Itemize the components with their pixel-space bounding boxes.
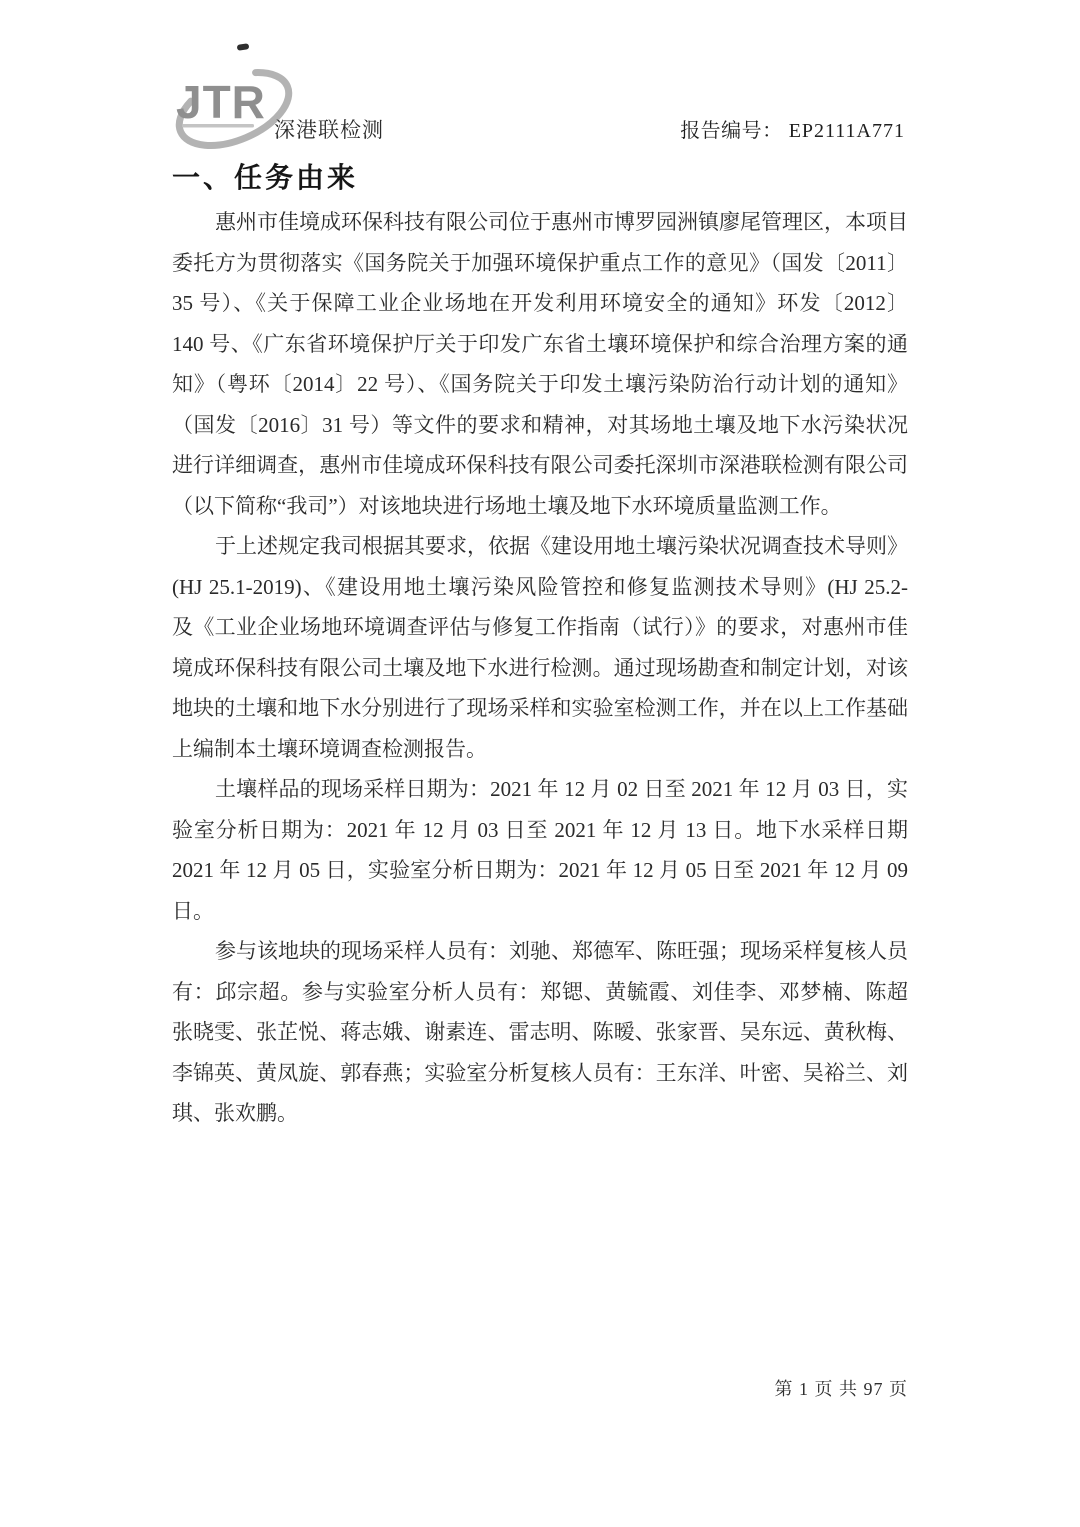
report-page: JTR 深港联检测 报告编号：EP2111A771 一、任务由来 惠州市佳境成环…: [0, 0, 1080, 1527]
text-line: （以下简称“我司”）对该地块进行场地土壤及地下水环境质量监测工作。: [172, 486, 908, 527]
logo-tagline-line: [182, 124, 254, 128]
text-line: 参与该地块的现场采样人员有：刘驰、郑德军、陈旺强；现场采样复核人员: [172, 931, 908, 972]
report-number: 报告编号：EP2111A771: [680, 114, 905, 143]
text-line: 140 号、《广东省环境保护厅关于印发广东省土壤环境保护和综合治理方案的通: [172, 324, 908, 365]
body-text: 惠州市佳境成环保科技有限公司位于惠州市博罗园洲镇廖尾管理区，本项目 委托方为贯彻…: [172, 202, 908, 1134]
text-line: 琪、张欢鹏。: [172, 1093, 908, 1134]
scan-artifact-dot: [237, 43, 250, 51]
text-line: 有：邱宗超。参与实验室分析人员有：郑锶、黄毓霞、刘佳李、邓梦楠、陈超芳、: [172, 972, 908, 1013]
text-line: 日。: [172, 891, 908, 932]
logo-text: JTR: [176, 76, 266, 128]
text-line: （国发〔2016〕31 号）等文件的要求和精神，对其场地土壤及地下水污染状况: [172, 405, 908, 446]
section-heading: 一、任务由来: [172, 156, 358, 196]
text-line: 2021 年 12 月 05 日，实验室分析日期为：2021 年 12 月 05…: [172, 850, 908, 891]
company-name-label: 深港联检测: [274, 114, 384, 144]
text-line: 委托方为贯彻落实《国务院关于加强环境保护重点工作的意见》（国发〔2011〕: [172, 243, 908, 284]
page-number: 第 1 页 共 97 页: [775, 1379, 909, 1399]
report-number-label: 报告编号：: [680, 120, 783, 142]
text-line: 进行详细调查，惠州市佳境成环保科技有限公司委托深圳市深港联检测有限公司: [172, 445, 908, 486]
text-line: (HJ 25.1-2019)、《建设用地土壤污染风险管控和修复监测技术导则》(H…: [172, 567, 908, 608]
text-line: 李锦英、黄凤旋、郭春燕；实验室分析复核人员有：王东洋、叶密、吴裕兰、刘: [172, 1053, 908, 1094]
text-line: 土壤样品的现场采样日期为：2021 年 12 月 02 日至 2021 年 12…: [172, 769, 908, 810]
text-line: 上编制本土壤环境调查检测报告。: [172, 729, 908, 770]
text-line: 惠州市佳境成环保科技有限公司位于惠州市博罗园洲镇廖尾管理区，本项目: [172, 202, 908, 243]
text-line: 35 号）、《关于保障工业企业场地在开发利用环境安全的通知》环发〔2012〕: [172, 283, 908, 324]
text-line: 验室分析日期为：2021 年 12 月 03 日至 2021 年 12 月 13…: [172, 810, 908, 851]
text-line: 张晓雯、张芷悦、蒋志娥、谢素连、雷志明、陈暧、张家晋、吴东远、黄秋梅、: [172, 1012, 908, 1053]
text-line: 及《工业企业场地环境调查评估与修复工作指南（试行）》的要求，对惠州市佳: [172, 607, 908, 648]
text-line: 地块的土壤和地下水分别进行了现场采样和实验室检测工作，并在以上工作基础: [172, 688, 908, 729]
report-number-value: EP2111A771: [789, 120, 905, 142]
text-line: 于上述规定我司根据其要求，依据《建设用地土壤污染状况调查技术导则》: [172, 526, 908, 567]
text-line: 知》（粤环〔2014〕22 号）、《国务院关于印发土壤污染防治行动计划的通知》: [172, 364, 908, 405]
text-line: 境成环保科技有限公司土壤及地下水进行检测。通过现场勘查和制定计划，对该: [172, 648, 908, 689]
page-footer: 第 1 页 共 97 页: [775, 1375, 909, 1401]
company-logo: JTR: [170, 62, 300, 162]
